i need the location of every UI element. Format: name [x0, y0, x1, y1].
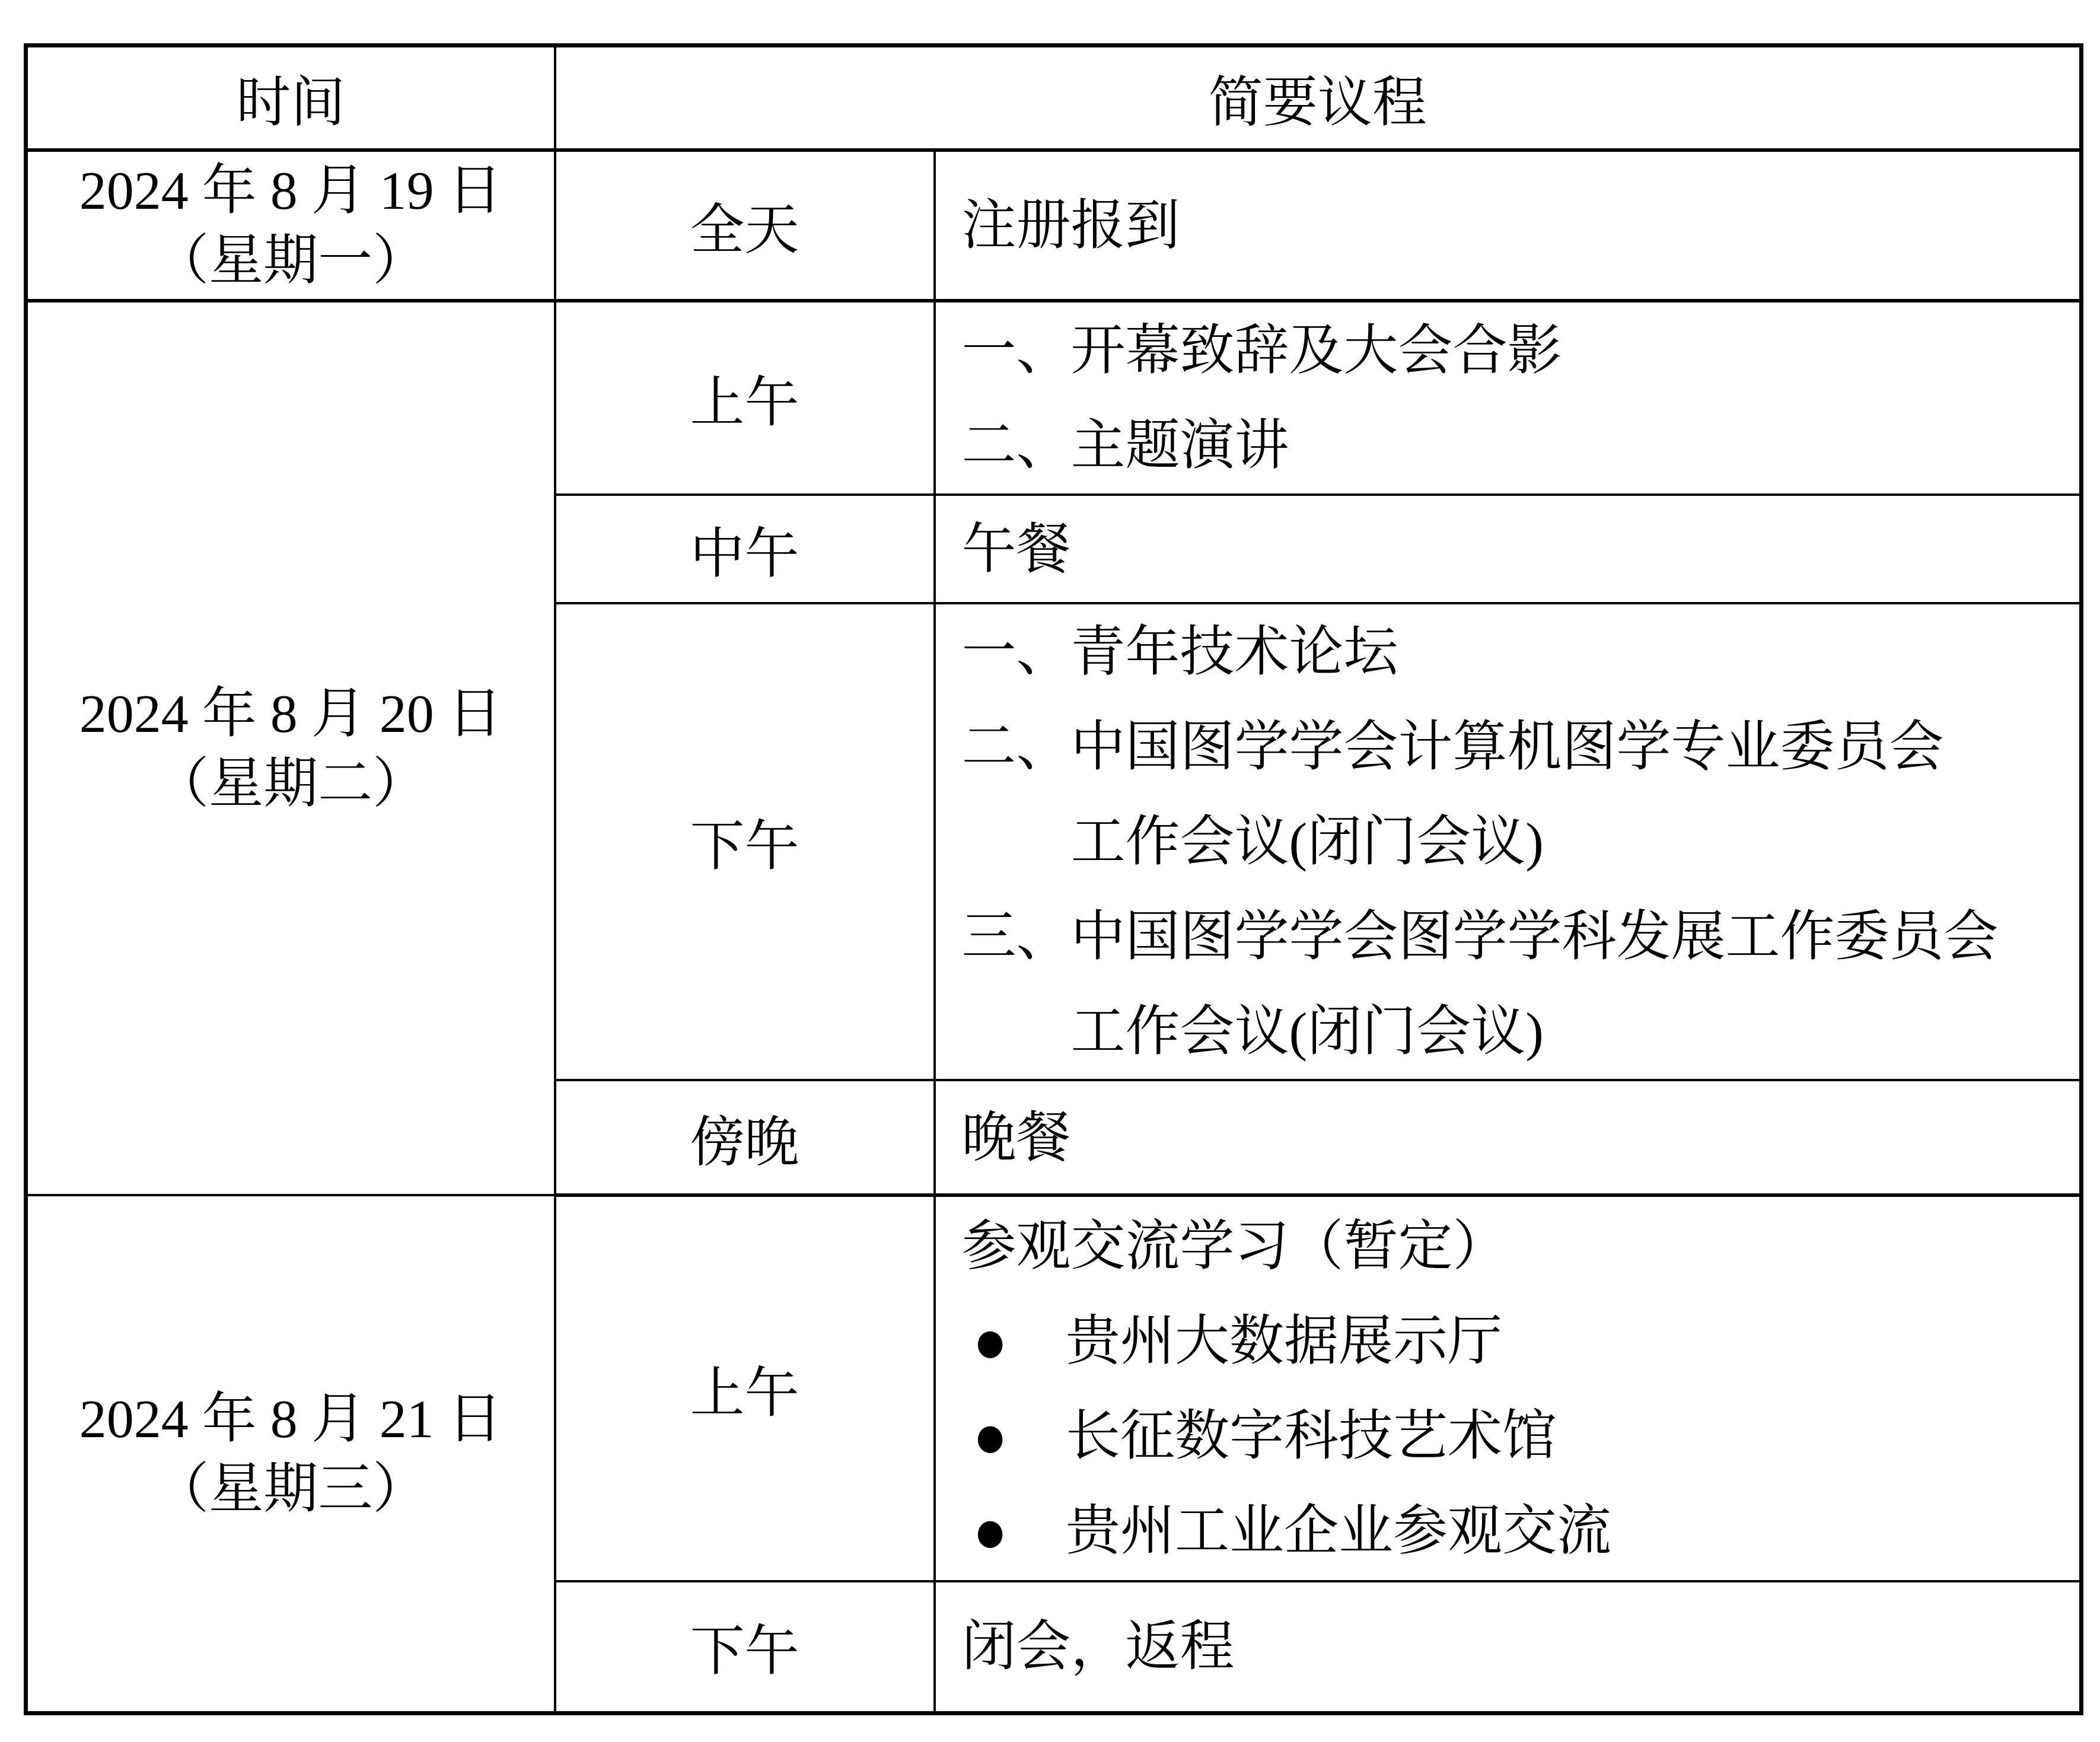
- date-text: 2024 年 8 月 21 日: [28, 1384, 554, 1454]
- bullet-icon: ●: [973, 1381, 1007, 1491]
- agenda-line: 注册报到: [962, 178, 2068, 273]
- table-row: 2024 年 8 月 19 日 （星期一） 全天 注册报到: [26, 150, 2082, 301]
- agenda-line: 参观交流学习（暂定）: [962, 1199, 2068, 1294]
- date-text: 2024 年 8 月 19 日: [28, 155, 554, 225]
- period-cell: 下午: [555, 1581, 935, 1713]
- agenda-line: 闭会，返程: [962, 1599, 2068, 1694]
- agenda-line: 工作会议(闭门会议): [962, 984, 2068, 1079]
- agenda-line: 一、开幕致辞及大会合影: [962, 303, 2068, 398]
- period-cell: 上午: [555, 301, 935, 495]
- bullet-icon: ●: [973, 1476, 1007, 1581]
- weekday-text: （星期二）: [28, 749, 554, 819]
- agenda-line: 三、中国图学学会图学学科发展工作委员会: [962, 889, 2068, 984]
- table-row: 2024 年 8 月 20 日 （星期二） 上午 一、开幕致辞及大会合影 二、主…: [26, 301, 2082, 495]
- agenda-line: ●贵州工业企业参观交流: [962, 1483, 2068, 1578]
- period-cell: 上午: [555, 1195, 935, 1581]
- table-row: 2024 年 8 月 21 日 （星期三） 上午 参观交流学习（暂定） ●贵州大…: [26, 1195, 2082, 1581]
- date-cell: 2024 年 8 月 20 日 （星期二）: [26, 301, 555, 1195]
- agenda-line: ●贵州大数据展示厅: [962, 1294, 2068, 1388]
- agenda-cell: 参观交流学习（暂定） ●贵州大数据展示厅 ●长征数字科技艺术馆 ●贵州工业企业参…: [935, 1195, 2082, 1581]
- weekday-text: （星期三）: [28, 1454, 554, 1524]
- agenda-line: 二、主题演讲: [962, 398, 2068, 493]
- agenda-line-text: 长征数字科技艺术馆: [1066, 1406, 1557, 1466]
- period-cell: 傍晚: [555, 1080, 935, 1195]
- bullet-icon: ●: [973, 1286, 1007, 1396]
- agenda-cell: 注册报到: [935, 150, 2082, 301]
- period-cell: 全天: [555, 150, 935, 301]
- header-time: 时间: [26, 46, 555, 151]
- agenda-line: 晚餐: [962, 1090, 2068, 1185]
- agenda-line: 午餐: [962, 502, 2068, 597]
- document-page: 时间 简要议程 2024 年 8 月 19 日 （星期一） 全天 注册报到 20…: [0, 0, 2100, 1742]
- agenda-cell: 一、开幕致辞及大会合影 二、主题演讲: [935, 301, 2082, 495]
- agenda-line-text: 贵州工业企业参观交流: [1066, 1501, 1611, 1561]
- header-row: 时间 简要议程: [26, 46, 2082, 151]
- agenda-line-text: 贵州大数据展示厅: [1066, 1311, 1502, 1371]
- period-cell: 中午: [555, 495, 935, 603]
- agenda-line: 工作会议(闭门会议): [962, 794, 2068, 889]
- date-text: 2024 年 8 月 20 日: [28, 679, 554, 749]
- date-cell: 2024 年 8 月 21 日 （星期三）: [26, 1195, 555, 1713]
- agenda-line: 一、青年技术论坛: [962, 604, 2068, 699]
- agenda-cell: 午餐: [935, 495, 2082, 603]
- agenda-line: ●长征数字科技艺术馆: [962, 1388, 2068, 1483]
- agenda-cell: 晚餐: [935, 1080, 2082, 1195]
- agenda-cell: 闭会，返程: [935, 1581, 2082, 1713]
- schedule-table: 时间 简要议程 2024 年 8 月 19 日 （星期一） 全天 注册报到 20…: [24, 43, 2083, 1715]
- agenda-line: 二、中国图学学会计算机图学专业委员会: [962, 699, 2068, 794]
- date-cell: 2024 年 8 月 19 日 （星期一）: [26, 150, 555, 301]
- period-cell: 下午: [555, 603, 935, 1080]
- agenda-cell: 一、青年技术论坛 二、中国图学学会计算机图学专业委员会 工作会议(闭门会议) 三…: [935, 603, 2082, 1080]
- header-agenda: 简要议程: [555, 46, 2082, 151]
- weekday-text: （星期一）: [28, 225, 554, 295]
